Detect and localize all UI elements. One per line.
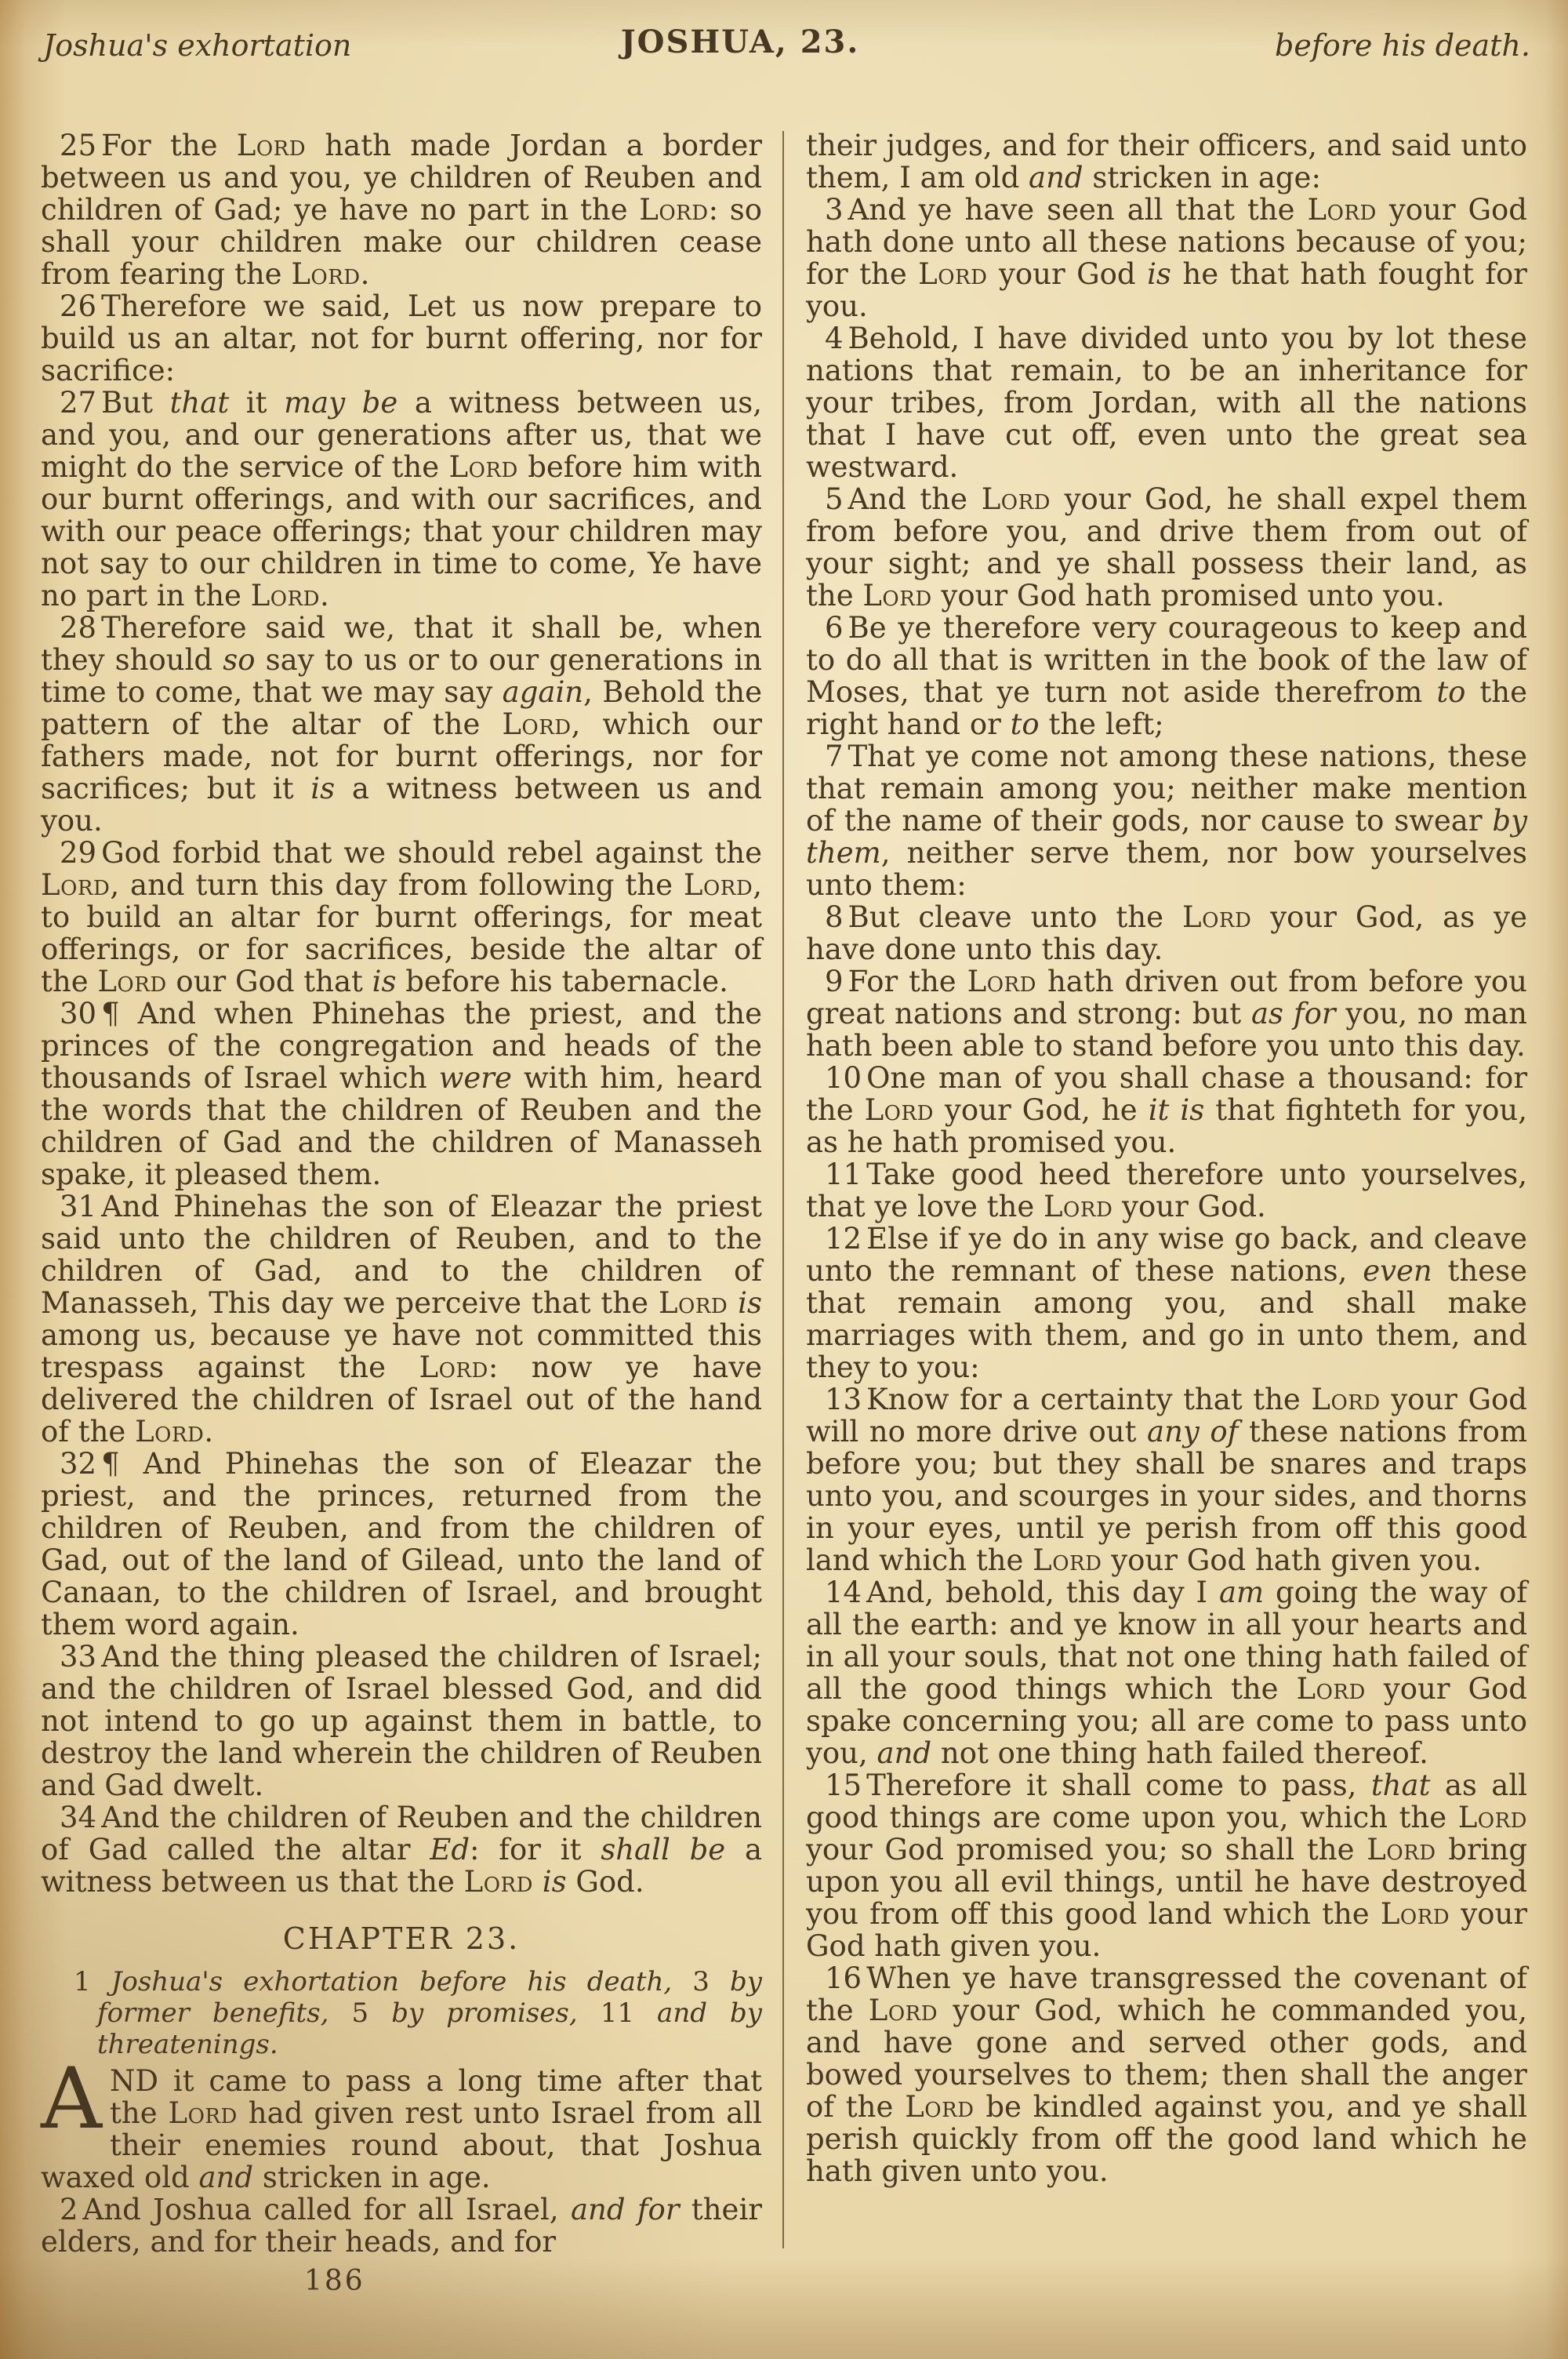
running-head-right: before his death.	[1275, 28, 1530, 63]
verse-7: 7That ye come not among these nations, t…	[806, 740, 1527, 901]
chapter-heading: CHAPTER 23.	[41, 1923, 762, 1955]
verse-number: 15	[825, 1768, 866, 1802]
verse-number: 10	[825, 1061, 866, 1095]
verse-number: 25	[60, 129, 101, 162]
verse-number: 7	[825, 740, 848, 773]
verse-32: 32¶ And Phinehas the son of Eleazar the …	[41, 1448, 762, 1641]
verse-8: 8But cleave unto the Lord your God, as y…	[806, 901, 1527, 965]
verse-12: 12Else if ye do in any wise go back, and…	[806, 1223, 1527, 1383]
verse-number: 32	[60, 1447, 101, 1481]
verse-4: 4Behold, I have divided unto you by lot …	[806, 322, 1527, 483]
verse-number: 6	[825, 611, 848, 645]
verse-number: 13	[825, 1383, 866, 1416]
verse-5: 5And the Lord your God, he shall expel t…	[806, 483, 1527, 612]
verse-number: 33	[60, 1640, 101, 1674]
verse-number: 11	[825, 1158, 866, 1191]
running-head: Joshua's exhortation JOSHUA, 23. before …	[0, 24, 1568, 71]
verse-25: 25For the Lord hath made Jordan a border…	[41, 129, 762, 290]
verse-number: 27	[60, 386, 101, 420]
verse-number: 26	[60, 289, 101, 323]
verse-1: AND it came to pass a long time after th…	[41, 2065, 762, 2194]
verse-2-continuation: their judges, and for their officers, an…	[806, 129, 1527, 194]
verse-6: 6Be ye therefore very courageous to keep…	[806, 612, 1527, 740]
verse-number: 30	[60, 997, 101, 1030]
verse-34: 34And the children of Reuben and the chi…	[41, 1801, 762, 1898]
verse-10: 10One man of you shall chase a thousand:…	[806, 1062, 1527, 1158]
verse-number: 4	[825, 322, 848, 355]
verse-number: 3	[825, 193, 848, 227]
verse-15: 15Therefore it shall come to pass, that …	[806, 1769, 1527, 1962]
verse-number: 31	[60, 1190, 101, 1223]
bible-page: Joshua's exhortation JOSHUA, 23. before …	[0, 0, 1568, 2359]
verse-number: 12	[825, 1222, 866, 1256]
verse-number: 34	[60, 1801, 101, 1834]
drop-cap: A	[41, 2065, 110, 2131]
verse-number: 29	[60, 836, 101, 870]
verse-13: 13Know for a certainty that the Lord you…	[806, 1383, 1527, 1576]
verse-27: 27But that it may be a witness between u…	[41, 387, 762, 612]
verse-3: 3And ye have seen all that the Lord your…	[806, 194, 1527, 322]
verse-2: 2And Joshua called for all Israel, and f…	[41, 2194, 762, 2258]
verse-14: 14And, behold, this day I am going the w…	[806, 1576, 1527, 1769]
verse-number: 28	[60, 611, 101, 645]
verse-9: 9For the Lord hath driven out from befor…	[806, 965, 1527, 1062]
running-head-left: Joshua's exhortation	[43, 28, 351, 63]
left-column: 25For the Lord hath made Jordan a border…	[41, 129, 762, 2258]
verse-16: 16When ye have transgressed the covenant…	[806, 1962, 1527, 2187]
verse-29: 29God forbid that we should rebel agains…	[41, 837, 762, 998]
page-number: 186	[304, 2265, 365, 2297]
column-divider	[782, 131, 784, 2248]
verse-number: 14	[825, 1576, 866, 1609]
chapter-summary: 1 Joshua's exhortation before his death,…	[41, 1966, 762, 2060]
verse-number: 16	[825, 1961, 866, 1995]
verse-31: 31And Phinehas the son of Eleazar the pr…	[41, 1190, 762, 1448]
verse-33: 33And the thing pleased the children of …	[41, 1641, 762, 1801]
verse-26: 26Therefore we said, Let us now prepare …	[41, 290, 762, 387]
right-column: their judges, and for their officers, an…	[806, 129, 1527, 2187]
running-head-title: JOSHUA, 23.	[621, 24, 860, 60]
verse-number: 5	[825, 482, 848, 516]
verse-11: 11Take good heed therefore unto yourselv…	[806, 1158, 1527, 1223]
verse-30: 30¶ And when Phinehas the priest, and th…	[41, 998, 762, 1190]
verse-number: 8	[825, 900, 848, 934]
verse-number: 2	[60, 2193, 83, 2226]
verse-28: 28Therefore said we, that it shall be, w…	[41, 612, 762, 837]
verse-number: 9	[825, 965, 848, 998]
